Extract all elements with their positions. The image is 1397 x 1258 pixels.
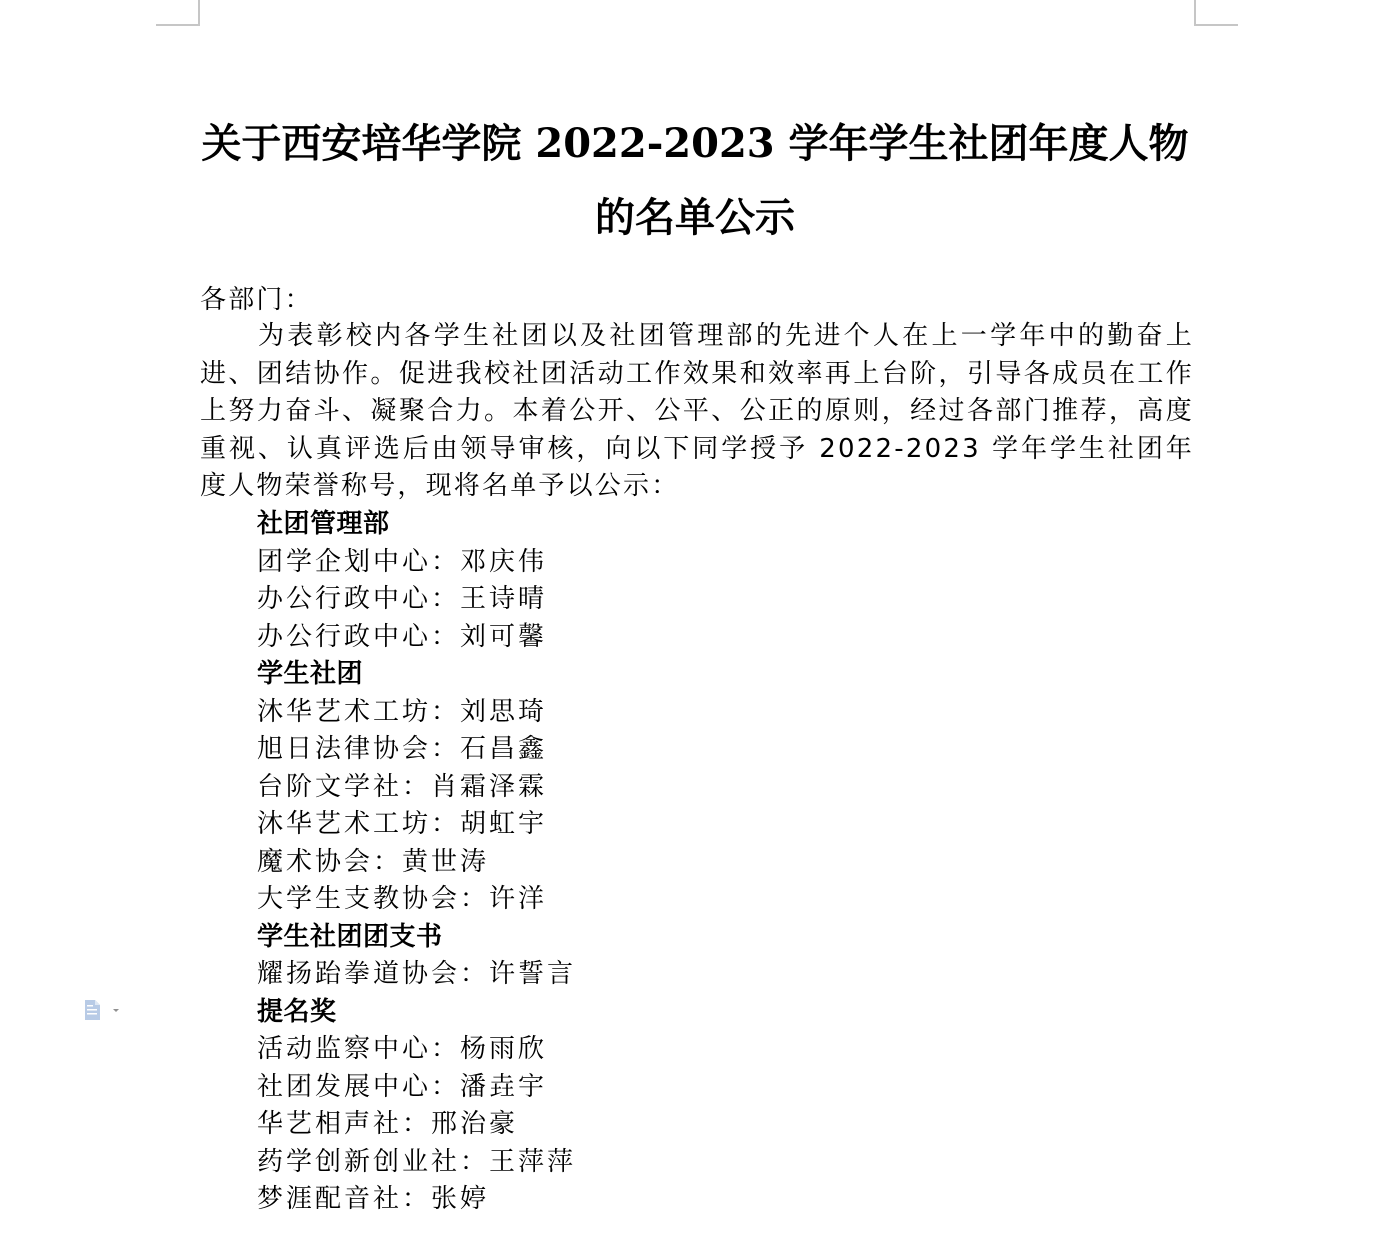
salutation: 各部门： <box>200 282 1194 320</box>
document-title-line-2: 的名单公示 <box>190 186 1200 250</box>
intro-paragraph: 为表彰校内各学生社团以及社团管理部的先进个人在上一学年中的勤奋上进、团结协作。促… <box>200 318 1194 506</box>
list-item: 办公行政中心：王诗晴 <box>257 581 957 619</box>
chevron-down-icon <box>113 1009 119 1012</box>
section-heading: 社团管理部 <box>257 506 957 544</box>
section-heading: 学生社团团支书 <box>257 919 957 957</box>
list-item: 耀扬跆拳道协会：许誓言 <box>257 956 957 994</box>
list-item: 沐华艺术工坊：胡虹宇 <box>257 806 957 844</box>
document-title-line-1: 关于西安培华学院 2022-2023 学年学生社团年度人物 <box>190 112 1200 176</box>
page-corner-mark-top-right <box>1194 0 1238 26</box>
honoree-list: 社团管理部 团学企划中心：邓庆伟 办公行政中心：王诗晴 办公行政中心：刘可馨 学… <box>257 506 957 1219</box>
section-heading: 学生社团 <box>257 656 957 694</box>
list-item: 梦涯配音社：张婷 <box>257 1181 957 1219</box>
list-item: 社团发展中心：潘垚宇 <box>257 1069 957 1107</box>
list-item: 台阶文学社：肖霜泽霖 <box>257 769 957 807</box>
list-item: 沐华艺术工坊：刘思琦 <box>257 694 957 732</box>
page-corner-mark-top-left <box>156 0 200 26</box>
list-item: 华艺相声社：邢治豪 <box>257 1106 957 1144</box>
list-item: 旭日法律协会：石昌鑫 <box>257 731 957 769</box>
document-paste-icon <box>84 999 124 1023</box>
list-item: 大学生支教协会：许洋 <box>257 881 957 919</box>
paste-options-button[interactable] <box>84 999 124 1023</box>
list-item: 药学创新创业社：王萍萍 <box>257 1144 957 1182</box>
section-heading: 提名奖 <box>257 994 957 1032</box>
list-item: 团学企划中心：邓庆伟 <box>257 544 957 582</box>
list-item: 办公行政中心：刘可馨 <box>257 619 957 657</box>
list-item: 活动监察中心：杨雨欣 <box>257 1031 957 1069</box>
list-item: 魔术协会：黄世涛 <box>257 844 957 882</box>
